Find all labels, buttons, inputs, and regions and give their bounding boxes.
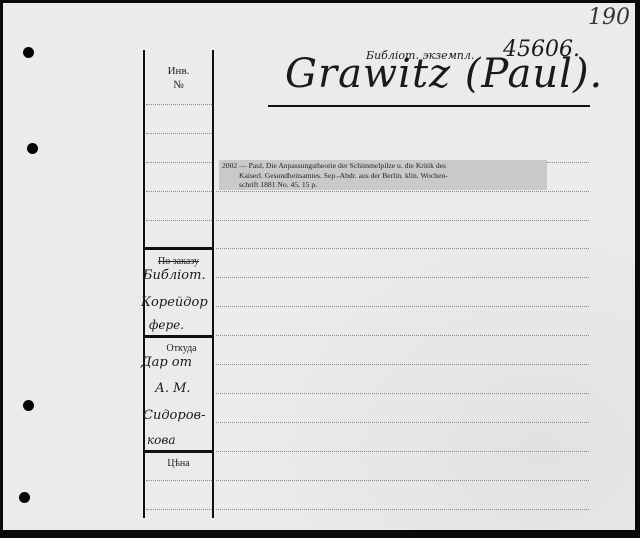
from-handwritten-2: А. М. xyxy=(155,381,191,396)
clipping-line-2: Kaiserl. Gesundheitsamtes. Sep.-Abdr. au… xyxy=(222,171,544,181)
from-handwritten-1: Дар от xyxy=(141,355,192,370)
heading-underline xyxy=(268,105,590,107)
body-rule xyxy=(216,277,589,278)
from-handwritten-4: кова xyxy=(147,433,176,447)
body-rule xyxy=(216,335,589,336)
body-rule xyxy=(216,422,589,423)
left-rule xyxy=(146,162,212,163)
left-rule xyxy=(146,191,212,192)
punch-hole xyxy=(23,400,34,411)
column-right-border xyxy=(212,50,214,518)
corner-number: 190 xyxy=(588,5,630,30)
body-rule xyxy=(216,509,589,510)
catalog-card: 190 Инв. № По заказу Библіот. Корейдор ф… xyxy=(3,3,635,530)
punch-hole xyxy=(27,143,38,154)
body-rule xyxy=(216,480,589,481)
section-divider xyxy=(144,450,213,453)
body-rule xyxy=(216,248,589,249)
body-rule xyxy=(216,364,589,365)
punch-hole xyxy=(23,47,34,58)
section-divider xyxy=(144,335,213,338)
bibliographic-clipping: 2002 — Paul, Die Anpassungstheorie der S… xyxy=(219,160,547,190)
order-handwritten-3: фере. xyxy=(149,318,184,332)
clipping-line-3: schrift 1881 No. 45, 15 p. xyxy=(222,180,544,190)
left-rule xyxy=(146,220,212,221)
body-rule xyxy=(216,393,589,394)
left-rule xyxy=(146,509,212,510)
price-label: Цѣна xyxy=(145,458,212,469)
column-left-border xyxy=(143,50,145,518)
section-divider xyxy=(144,247,213,250)
order-handwritten-2: Корейдор xyxy=(141,295,208,310)
body-rule xyxy=(216,191,589,192)
from-label: Откуда xyxy=(151,343,212,354)
order-label: По заказу xyxy=(145,256,212,267)
body-rule xyxy=(547,162,589,163)
number-label: № xyxy=(145,79,212,91)
author-heading: Grawitz (Paul). xyxy=(285,51,603,97)
inv-label: Инв. xyxy=(145,65,212,77)
clipping-line-1: 2002 — Paul, Die Anpassungstheorie der S… xyxy=(222,161,446,170)
order-handwritten-1: Библіот. xyxy=(143,268,206,283)
left-rule xyxy=(146,480,212,481)
body-rule xyxy=(216,451,589,452)
punch-hole xyxy=(19,492,30,503)
from-handwritten-3: Сидоров- xyxy=(143,408,206,423)
left-rule xyxy=(146,104,212,105)
body-rule xyxy=(216,220,589,221)
body-rule xyxy=(216,306,589,307)
left-rule xyxy=(146,133,212,134)
